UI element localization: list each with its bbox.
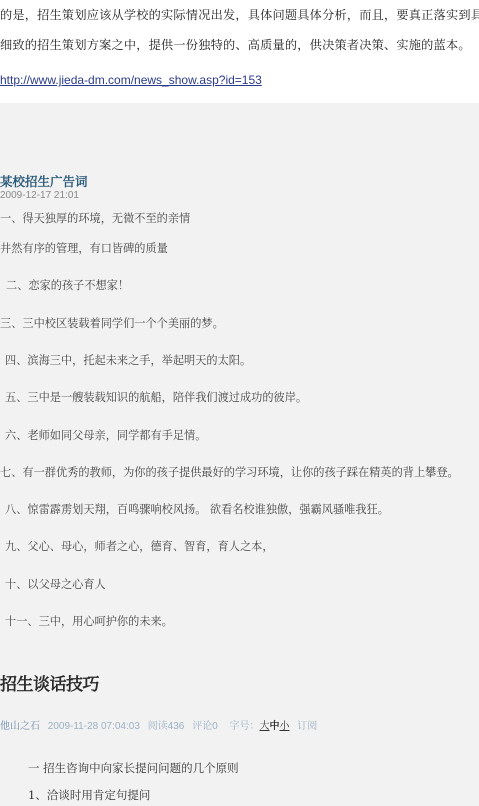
- font-size-large-button[interactable]: 大: [260, 721, 270, 732]
- post-line: 八、惊雷霹雳划天翔，百鸣骤响校风扬。 欲看名校谁独傲，强霸风骚唯我狂。: [5, 501, 389, 517]
- post-line: 五、三中是一艘装载知识的航船，陪伴我们渡过成功的彼岸。: [5, 389, 307, 405]
- post-line: 十、以父母之心育人: [5, 576, 106, 592]
- post-line: 七、有一群优秀的教师，为你的孩子提供最好的学习环境，让你的孩子踩在精英的背上攀登…: [0, 464, 459, 480]
- intro-line-2: 细致的招生策划方案之中，提供一份独特的、高质量的，供决策者决策、实施的蓝本。: [0, 36, 471, 53]
- post-line: 九、父心、母心，师者之心，德育、智育，育人之本，: [5, 538, 274, 554]
- post-line: 二、恋家的孩子不想家！: [6, 277, 129, 293]
- font-size-small-button[interactable]: 小: [280, 721, 290, 732]
- source-link[interactable]: http://www.jieda-dm.com/news_show.asp?id…: [0, 73, 262, 87]
- post-line: 十一、三中，用心呵护你的未来。: [5, 613, 173, 629]
- font-size-label: 字号：: [230, 721, 260, 732]
- post-title[interactable]: 某校招生广告词: [0, 172, 88, 190]
- comment-count[interactable]: 评论0: [192, 721, 218, 732]
- article-title: 招生谈话技巧: [0, 670, 99, 695]
- post-line: 六、老师如同父母亲，同学都有手足情。: [5, 427, 206, 443]
- post-date: 2009-12-17 21:01: [0, 190, 79, 201]
- read-count: 阅读436: [148, 721, 185, 732]
- post-line: 四、滨海三中，托起未来之手，举起明天的太阳。: [5, 352, 251, 368]
- post-line: 井然有序的管理，有口皆碑的质量: [0, 240, 168, 256]
- intro-line-1: 的是，招生策划应该从学校的实际情况出发，具体问题具体分析，而且，要真正落实到具体: [0, 6, 479, 23]
- post-line: 三、三中校区装载着同学们一个个美丽的梦。: [0, 315, 224, 331]
- post-line: 一、得天独厚的环境，无微不至的亲情: [0, 210, 190, 226]
- font-size-medium-button[interactable]: 中: [270, 721, 280, 732]
- author-link[interactable]: 他山之石: [0, 721, 40, 732]
- article-body-line: 1、洽谈时用肯定句提问: [28, 787, 150, 803]
- article-body-line: 一 招生咨询中向家长提问问题的几个原则: [28, 760, 239, 776]
- publish-datetime: 2009-11-28 07:04:03: [48, 721, 140, 732]
- subscribe-link[interactable]: 订阅: [297, 721, 317, 732]
- article-meta: 他山之石 2009-11-28 07:04:03 阅读436 评论0 字号：大中…: [0, 717, 322, 732]
